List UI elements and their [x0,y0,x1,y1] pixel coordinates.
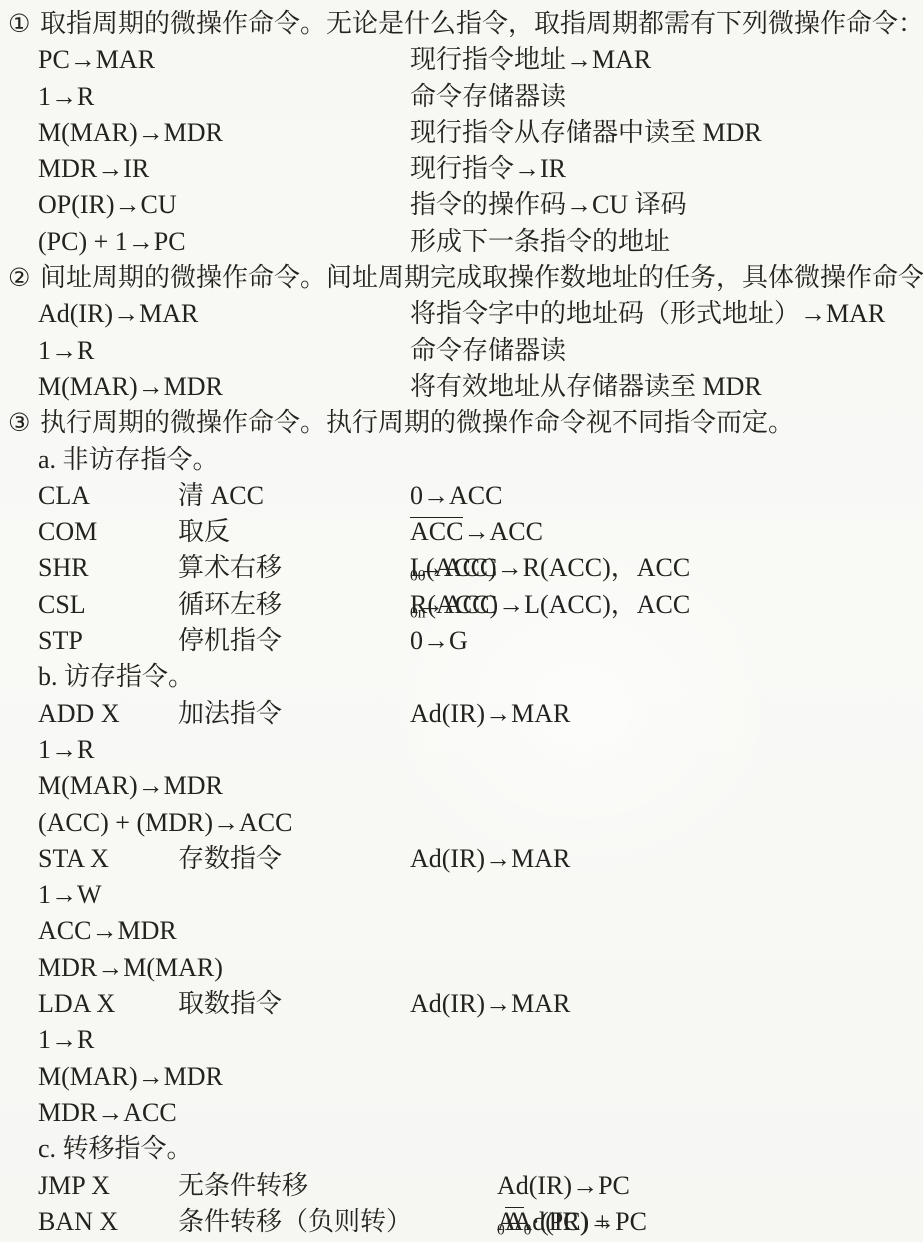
instruction-description: 加法指令 [178,696,282,732]
formula-segment: Ad(IR)→MAR [410,696,570,732]
instruction-mnemonic: LDA X [38,986,115,1022]
doc-line: (PC) + 1→PC形成下一条指令的地址 [0,224,923,260]
micro-op-command: M(MAR)→MDR [38,115,223,151]
doc-line: ③执行周期的微操作命令。执行周期的微操作命令视不同指令而定。 [0,405,923,441]
doc-line: PC→MAR现行指令地址→MAR [0,42,923,78]
instruction-mnemonic: ADD X [38,696,120,732]
micro-op-command: (PC) + 1→PC [38,224,186,260]
doc-line: 1→R [0,1022,923,1058]
doc-line: LDA X取数指令Ad(IR)→MAR [0,986,923,1022]
doc-line: M(MAR)→MDR [0,1059,923,1095]
instruction-description: 取数指令 [178,986,282,1022]
doc-line: JMP X无条件转移Ad(IR)→PC [0,1168,923,1204]
formula-segment: →ACC [418,550,497,586]
micro-op-formula: A0·Ad(IR) + A0 ·(PC)→PC [497,1204,531,1242]
instruction-mnemonic: STA X [38,841,109,877]
doc-line: ADD X加法指令Ad(IR)→MAR [0,696,923,732]
instruction-mnemonic: CSL [38,587,86,623]
formula-segment: 0→G [410,623,468,659]
doc-line: STA X存数指令Ad(IR)→MAR [0,841,923,877]
formula-segment: 0→ACC [410,478,502,514]
doc-line: ①取指周期的微操作命令。无论是什么指令，取指周期都需有下列微操作命令： [0,6,923,42]
doc-line: M(MAR)→MDR [0,768,923,804]
formula-segment: →ACC [418,587,497,623]
instruction-mnemonic: JMP X [38,1168,110,1204]
command-description: 形成下一条指令的地址 [410,224,670,260]
doc-line: CLA清 ACC0→ACC [0,478,923,514]
doc-line: SHR算术右移L(ACC)→R(ACC)，ACC0→ACC0 [0,550,923,586]
doc-line: COM取反ACC →ACC [0,514,923,550]
instruction-description: 停机指令 [178,623,282,659]
document-lines: ①取指周期的微操作命令。无论是什么指令，取指周期都需有下列微操作命令：PC→MA… [0,6,923,1240]
micro-op-command: M(MAR)→MDR [38,1059,223,1095]
micro-op-command: MDR→IR [38,151,149,187]
command-description: 命令存储器读 [410,333,566,369]
formula-segment: ·(PC)→PC [531,1204,647,1240]
circled-number: ② [8,260,30,296]
subsection-heading-text: c. 转移指令。 [38,1131,193,1167]
instruction-description: 清 ACC [178,478,264,514]
micro-op-command: M(MAR)→MDR [38,768,223,804]
instruction-mnemonic: STP [38,623,83,659]
instruction-description: 取反 [178,514,230,550]
micro-op-command: MDR→ACC [38,1095,177,1131]
section-heading-text: 取指周期的微操作命令。无论是什么指令，取指周期都需有下列微操作命令： [40,6,923,42]
scanned-page: ①取指周期的微操作命令。无论是什么指令，取指周期都需有下列微操作命令：PC→MA… [0,0,923,1242]
command-description: 命令存储器读 [410,79,566,115]
doc-line: MDR→IR现行指令→IR [0,151,923,187]
micro-op-command: MDR→M(MAR) [38,950,223,986]
doc-line: c. 转移指令。 [0,1131,923,1167]
instruction-description: 算术右移 [178,550,282,586]
command-description: 现行指令→IR [410,151,566,187]
formula-segment: Ad(IR)→PC [497,1168,630,1204]
doc-line: 1→R命令存储器读 [0,79,923,115]
doc-line: 1→W [0,877,923,913]
micro-op-command: ACC→MDR [38,913,177,949]
micro-op-command: M(MAR)→MDR [38,369,223,405]
section-heading-text: 执行周期的微操作命令。执行周期的微操作命令视不同指令而定。 [40,405,794,441]
micro-op-formula: ACC →ACC [410,514,463,550]
micro-op-command: PC→MAR [38,42,155,78]
instruction-description: 存数指令 [178,841,282,877]
doc-line: M(MAR)→MDR现行指令从存储器中读至 MDR [0,115,923,151]
doc-line: 1→R命令存储器读 [0,333,923,369]
micro-op-command: 1→R [38,732,94,768]
doc-line: ②间址周期的微操作命令。间址周期完成取操作数地址的任务，具体微操作命令如下： [0,260,923,296]
micro-op-command: 1→W [38,877,102,913]
doc-line: 1→R [0,732,923,768]
instruction-mnemonic: COM [38,514,97,550]
section-heading-text: 间址周期的微操作命令。间址周期完成取操作数地址的任务，具体微操作命令如下： [40,260,923,296]
instruction-description: 无条件转移 [178,1168,308,1204]
micro-op-command: 1→R [38,1022,94,1058]
doc-line: BAN X条件转移（负则转）A0·Ad(IR) + A0 ·(PC)→PC [0,1204,923,1240]
subsection-heading-text: b. 访存指令。 [38,659,194,695]
micro-op-command: Ad(IR)→MAR [38,296,198,332]
doc-line: CSL循环左移R(ACC)→L(ACC)，ACC0→ACCn [0,587,923,623]
doc-line: MDR→ACC [0,1095,923,1131]
doc-line: Ad(IR)→MAR将指令字中的地址码（形式地址）→MAR [0,296,923,332]
command-description: 现行指令从存储器中读至 MDR [410,115,762,151]
command-description: 将有效地址从存储器读至 MDR [410,369,762,405]
command-description: 将指令字中的地址码（形式地址）→MAR [410,296,885,332]
instruction-mnemonic: BAN X [38,1204,118,1240]
doc-line: a. 非访存指令。 [0,442,923,478]
doc-line: M(MAR)→MDR将有效地址从存储器读至 MDR [0,369,923,405]
doc-line: (ACC) + (MDR)→ACC [0,805,923,841]
micro-op-command: 1→R [38,79,94,115]
command-description: 现行指令地址→MAR [410,42,651,78]
circled-number: ③ [8,405,30,441]
doc-line: MDR→M(MAR) [0,950,923,986]
subsection-heading-text: a. 非访存指令。 [38,442,219,478]
command-description: 指令的操作码→CU 译码 [410,187,687,223]
circled-number: ① [8,6,30,42]
doc-line: STP停机指令0→G [0,623,923,659]
micro-op-command: (ACC) + (MDR)→ACC [38,805,292,841]
micro-op-command: 1→R [38,333,94,369]
instruction-description: 循环左移 [178,587,282,623]
doc-line: ACC→MDR [0,913,923,949]
micro-op-command: OP(IR)→CU [38,187,177,223]
formula-segment: Ad(IR)→MAR [410,986,570,1022]
doc-line: b. 访存指令。 [0,659,923,695]
instruction-mnemonic: SHR [38,550,89,586]
formula-segment: Ad(IR)→MAR [410,841,570,877]
instruction-mnemonic: CLA [38,478,90,514]
formula-segment: →ACC [463,514,542,550]
instruction-description: 条件转移（负则转） [178,1204,412,1240]
formula-segment: ACC [410,517,463,545]
doc-line: OP(IR)→CU指令的操作码→CU 译码 [0,187,923,223]
